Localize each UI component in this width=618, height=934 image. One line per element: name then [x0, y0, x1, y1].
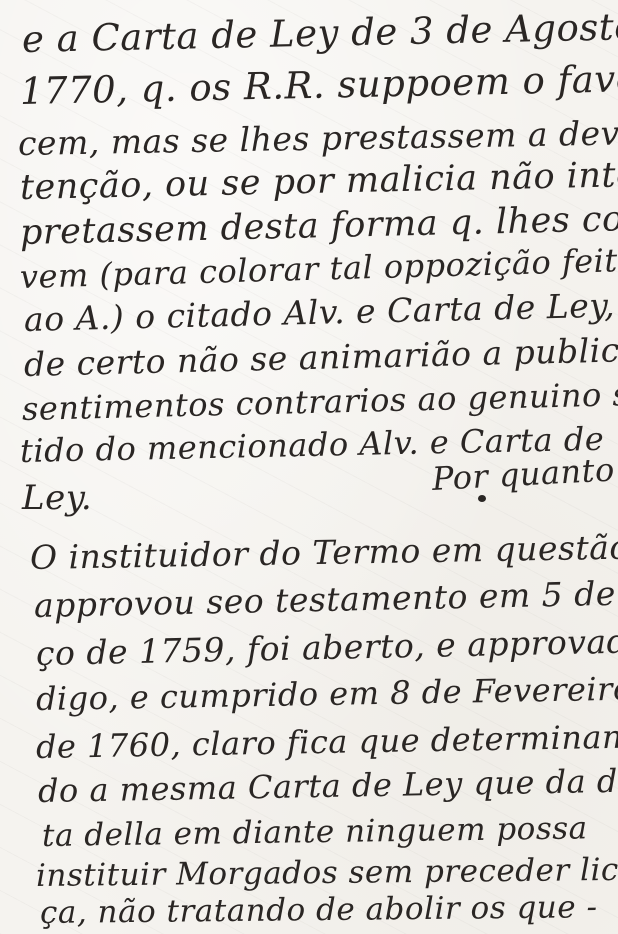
manuscript-line-right: Por quanto	[431, 450, 616, 498]
manuscript-line: ço de 1759, foi aberto, e approvado	[36, 621, 618, 673]
manuscript-line: ta della em diante ninguem possa	[42, 810, 588, 854]
manuscript-line: approvou seo testamento em 5 de Mar	[34, 572, 618, 625]
manuscript-line: digo, e cumprido em 8 de Fevereiro	[36, 670, 618, 718]
manuscript-line: cem, mas se lhes prestassem a devida at=	[18, 111, 618, 163]
manuscript-line: e a Carta de Ley de 3 de Agosto de	[22, 4, 618, 61]
manuscript-page: e a Carta de Ley de 3 de Agosto de 1770,…	[0, 0, 618, 934]
manuscript-line: do a mesma Carta de Ley que da da	[38, 762, 618, 810]
manuscript-line: de certo não se animarião a publicar	[24, 330, 618, 384]
manuscript-line: 1770, q. os R.R. suppoem o favore=	[20, 56, 618, 113]
manuscript-line: Ley.	[22, 478, 92, 518]
ink-blot	[478, 495, 486, 502]
manuscript-line: de 1760, claro fica que determinan	[36, 718, 618, 766]
manuscript-line: instituir Morgados sem preceder licen	[36, 851, 618, 894]
manuscript-line: O instituidor do Termo em questão	[30, 528, 618, 577]
manuscript-line: sentimentos contrarios ao genuino sen	[22, 374, 618, 428]
manuscript-line: ça, não tratando de abolir os que -	[40, 889, 598, 931]
manuscript-line: tenção, ou se por malicia não inter	[20, 155, 618, 208]
manuscript-line: ao A.) o citado Alv. e Carta de Ley,	[24, 286, 616, 339]
